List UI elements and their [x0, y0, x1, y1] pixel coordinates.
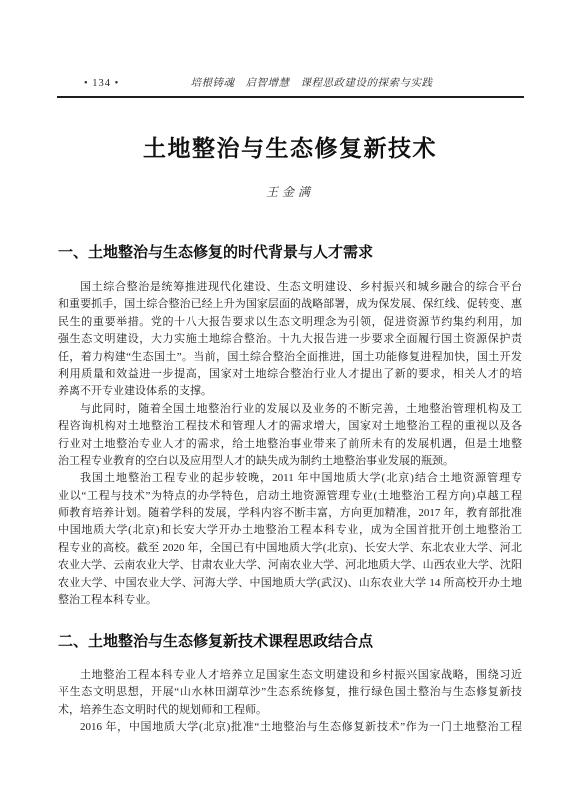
paragraph-line: 行业对土地整治专业人才的需求，给土地整治事业带来了前所未有的发展机遇，但是土地整: [58, 436, 522, 453]
paragraph-line: 土地整治工程本科专业人才培养立足国家生态文明建设和乡村振兴国家战略，围绕习近: [58, 667, 522, 684]
section-heading-1: 一、土地整治与生态修复的时代背景与人才需求: [58, 244, 522, 262]
paragraph-line: 我国土地整治工程专业的起步较晚，2011 年中国地质大学(北京)结合土地资源管理…: [58, 470, 522, 487]
paragraph-line: 和重要抓手，国土综合整治已经上升为国家层面的战略部署，成为保发展、保红线、促转变…: [58, 296, 522, 313]
paragraph-line: 强生态文明建设，大力实施土地综合整治。十九大报告进一步要求全面履行国土资源保护责: [58, 331, 522, 348]
paragraph-line: 中国地质大学(北京)和长安大学开办土地整治工程本科专业，成为全国首批开创土地整治…: [58, 522, 522, 539]
paragraph-line: 农业大学、云南农业大学、甘肃农业大学、河南农业大学、河北地质大学、山西农业大学、…: [58, 557, 522, 574]
document-page: • 134 • 培根铸魂 启智增慧 课程思政建设的探索与实践 土地整治与生态修复…: [0, 0, 580, 800]
paragraph-line: 术，培养生态文明时代的规划师和工程师。: [58, 702, 522, 719]
article-title: 土地整治与生态修复新技术: [0, 133, 580, 163]
paragraph-line: 平生态文明思想，开展“山水林田湖草沙”生态系统修复，推行绿色国土整治与生态修复新…: [58, 684, 522, 701]
paragraph-line: 民生的重要举措。党的十八大报告要求以生态文明理念为引领，促进资源节约集约利用，加: [58, 314, 522, 331]
paragraph-line: 任，着力构建“生态国土”。当前，国土综合整治全面推进，国土功能修复进程加快，国土…: [58, 349, 522, 366]
paragraph-line: 整治工程本科专业。: [58, 592, 522, 609]
paragraph-line: 程专业的高校。截至 2020 年，全国已有中国地质大学(北京)、长安大学、东北农…: [58, 540, 522, 557]
header-divider-rule: [57, 96, 524, 98]
paragraph-line: 2016 年，中国地质大学(北京)批准“土地整治与生态修复新技术”作为一门土地整…: [58, 719, 522, 736]
section-2-body: 土地整治工程本科专业人才培养立足国家生态文明建设和乡村振兴国家战略，围绕习近平生…: [58, 667, 522, 737]
article-author: 王金满: [0, 184, 580, 200]
paragraph-line: 农业大学、中国农业大学、河海大学、中国地质大学(武汉)、山东农业大学 14 所高…: [58, 575, 522, 592]
paragraph-line: 师教育培养计划。随着学科的发展，学科内容不断丰富，方向更加精准，2017 年，教…: [58, 505, 522, 522]
section-heading-2: 二、土地整治与生态修复新技术课程思政结合点: [58, 633, 522, 651]
running-header-title: 培根铸魂 启智增慧 课程思政建设的探索与实践: [100, 76, 523, 92]
paragraph-line: 程咨询机构对土地整治工程技术和管理人才的需求增大，国家对土地整治工程的重视以及各: [58, 418, 522, 435]
paragraph-line: 利用质量和效益进一步提高，国家对土地综合整治行业人才提出了新的要求，相关人才的培: [58, 366, 522, 383]
paragraph-line: 养离不开专业建设体系的支撑。: [58, 383, 522, 400]
section-1-body: 国土综合整治是统筹推进现代化建设、生态文明建设、乡村振兴和城乡融合的综合平台和重…: [58, 279, 522, 609]
paragraph-line: 业以“工程与技术”为特点的办学特色，启动土地资源管理专业(土地整治工程方向)卓越…: [58, 488, 522, 505]
paragraph-line: 与此同时，随着全国土地整治行业的发展以及业务的不断完善，土地整治管理机构及工: [58, 401, 522, 418]
paragraph-line: 国土综合整治是统筹推进现代化建设、生态文明建设、乡村振兴和城乡融合的综合平台: [58, 279, 522, 296]
paragraph-line: 治工程专业教育的空白以及应用型人才的缺失成为制约土地整治事业发展的瓶颈。: [58, 453, 522, 470]
